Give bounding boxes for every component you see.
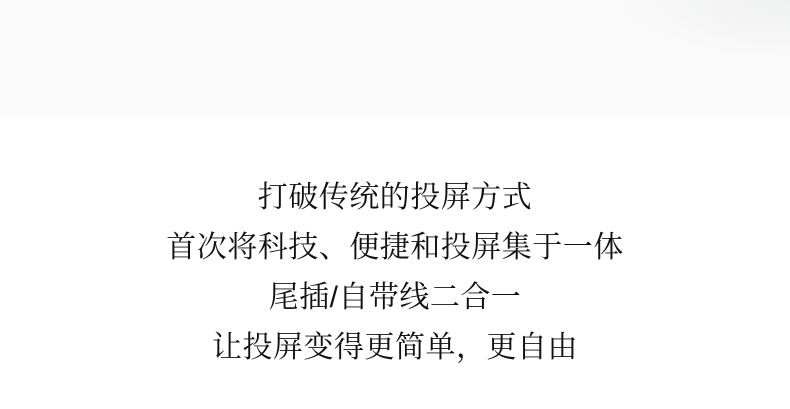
previous-section-background-band: [0, 0, 790, 117]
hero-text-line-3: 尾插/自带线二合一: [0, 273, 790, 323]
hero-text-line-2: 首次将科技、便捷和投屏集于一体: [0, 223, 790, 273]
hero-text-line-1: 打破传统的投屏方式: [0, 173, 790, 223]
hero-text-block: 打破传统的投屏方式 首次将科技、便捷和投屏集于一体 尾插/自带线二合一 让投屏变…: [0, 173, 790, 373]
hero-text-line-4: 让投屏变得更简单，更自由: [0, 323, 790, 373]
